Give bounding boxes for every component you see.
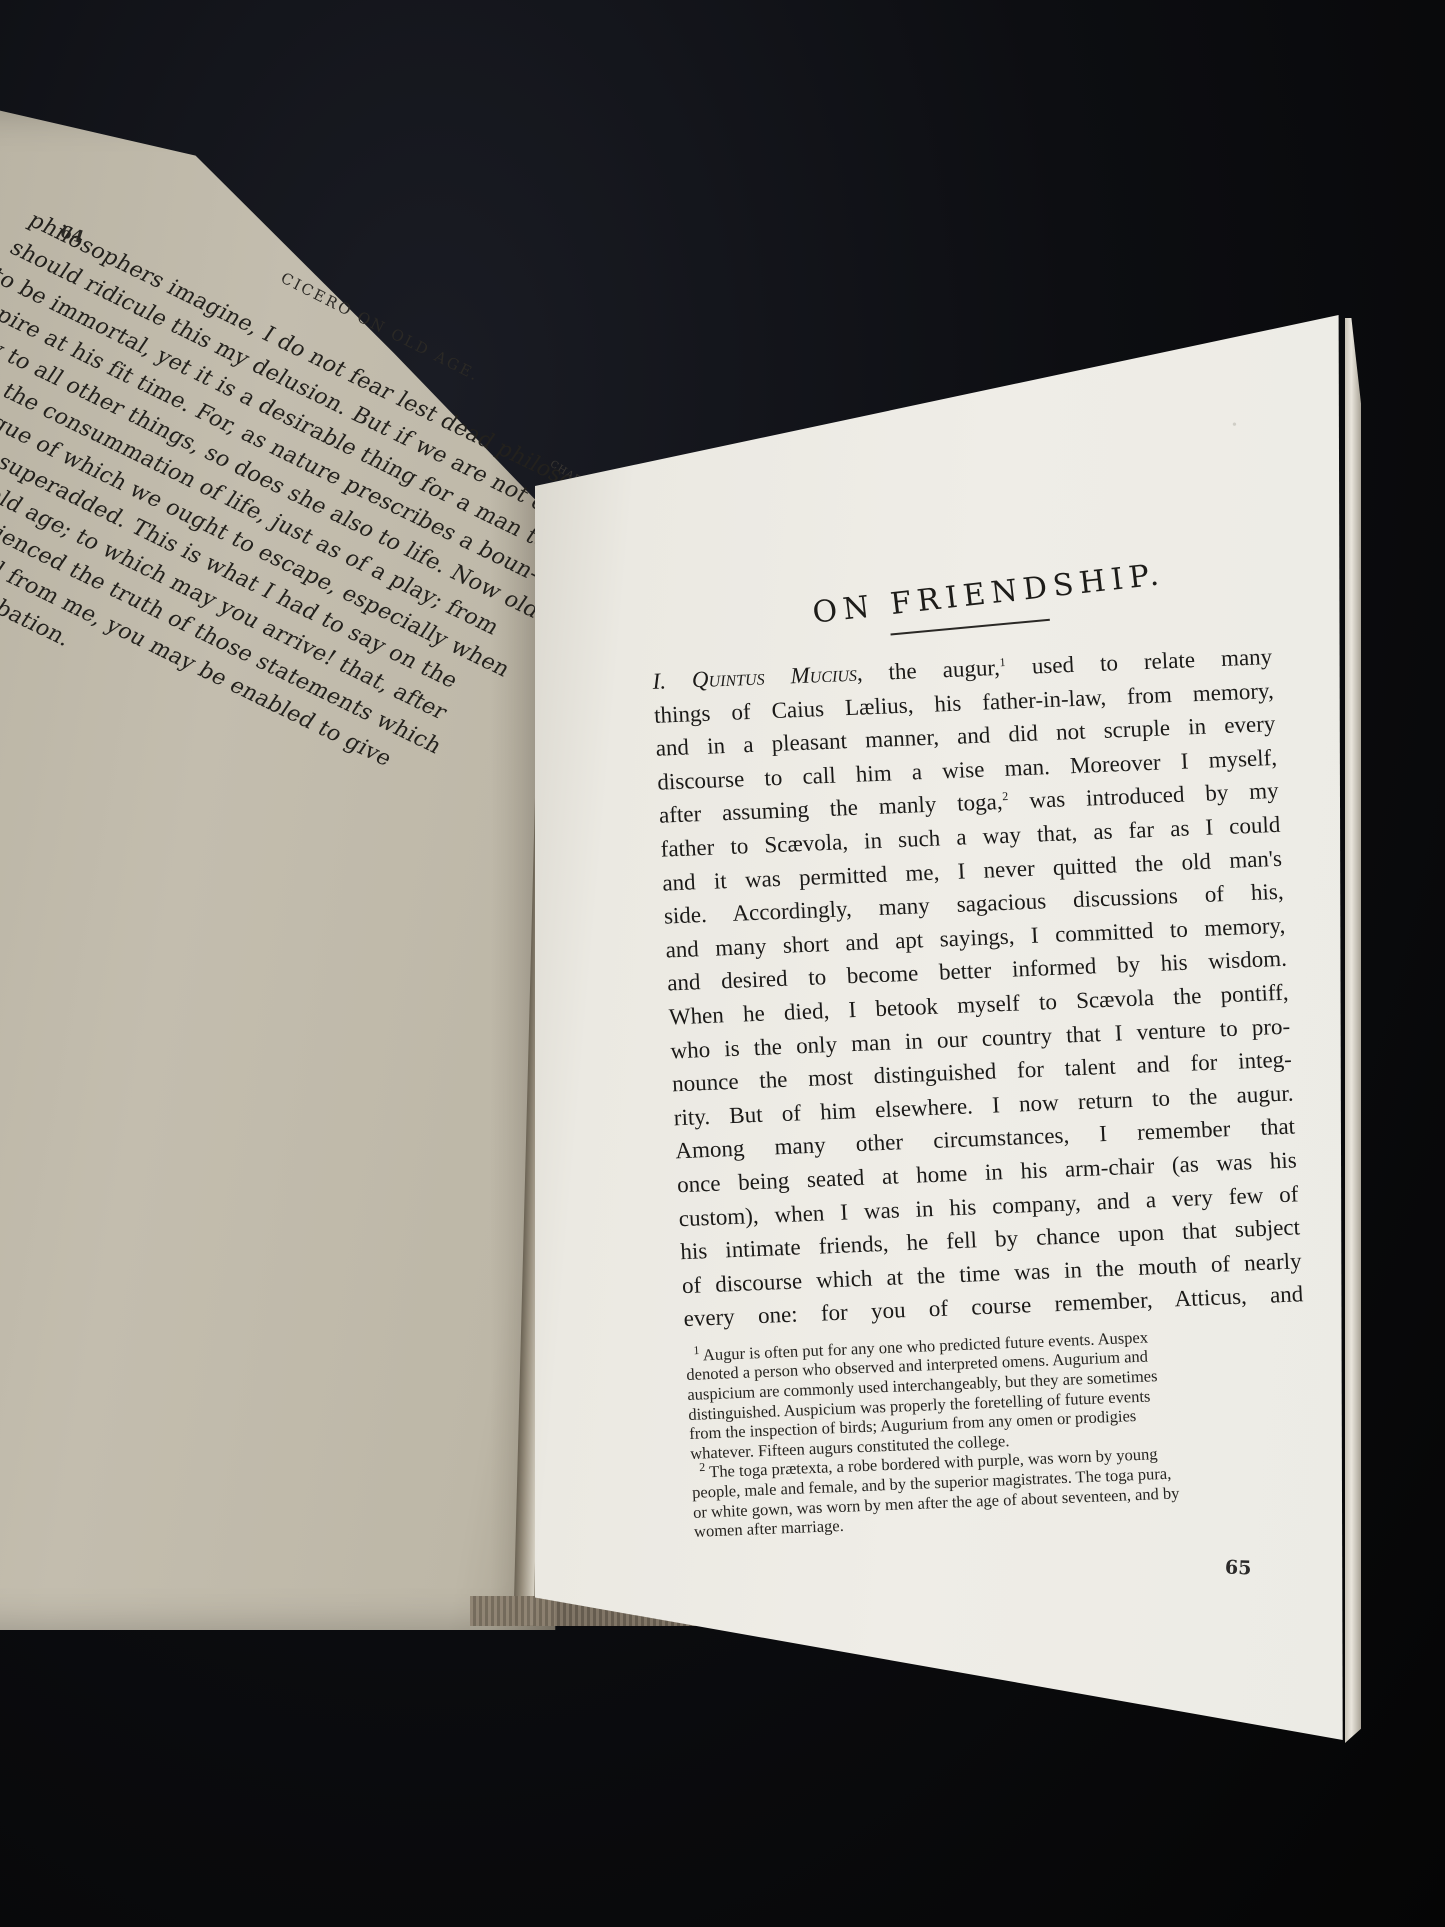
footnote-marker: 1 xyxy=(693,1343,700,1357)
footnotes: 1 Augur is often put for any one who pre… xyxy=(685,1321,1314,1542)
text-fragment: used to relate many xyxy=(1005,644,1272,680)
text-fragment: , the augur, xyxy=(856,655,1000,686)
book-photo: 64 CICERO ON OLD AGE. CHAP. XXIII. philo… xyxy=(0,0,1445,1927)
opening-name: Quintus Mucius xyxy=(691,661,857,693)
title-rule xyxy=(890,619,1049,636)
page-edges xyxy=(1345,318,1361,1743)
body-text: I. Quintus Mucius, the augur,1 used to r… xyxy=(652,640,1304,1336)
right-page-number: 65 xyxy=(1225,1557,1252,1580)
chapter-numeral: I. xyxy=(652,668,667,694)
footnote-marker: 2 xyxy=(699,1460,706,1474)
show-through-mark: • xyxy=(1232,418,1237,434)
right-page-content: ON FRIENDSHIP. I. Quintus Mucius, the au… xyxy=(648,565,1314,1542)
